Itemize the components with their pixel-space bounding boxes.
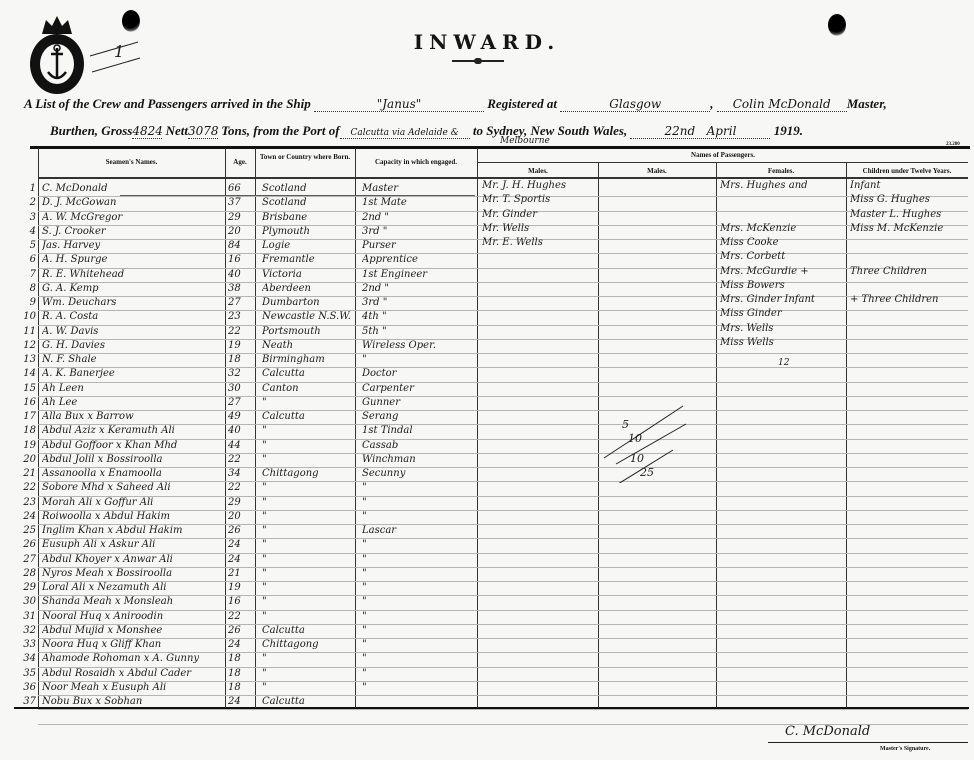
seaman-name: D. J. McGowan — [42, 196, 224, 210]
seaman-name: Noora Huq x Gliff Khan — [42, 638, 224, 652]
from-port-field: Calcutta via Adelaide & — [340, 128, 470, 139]
col-header-children: Children under Twelve Years. — [846, 167, 968, 176]
birthplace: Dumbarton — [262, 296, 354, 310]
row-number: 2 — [4, 196, 36, 210]
birthplace: Calcutta — [262, 367, 354, 381]
birthplace: Chittagong — [262, 638, 354, 652]
birthplace: Portsmouth — [262, 325, 354, 339]
seaman-age: 20 — [228, 510, 254, 524]
row-number: 31 — [4, 610, 36, 624]
capacity: 2nd " — [362, 282, 474, 296]
birthplace: " — [262, 667, 354, 681]
row-number: 26 — [4, 538, 36, 552]
row-number: 35 — [4, 667, 36, 681]
capacity: Winchman — [362, 453, 474, 467]
capacity: 4th " — [362, 310, 474, 324]
seaman-age: 40 — [228, 424, 254, 438]
passenger-female: Miss Cooke — [720, 236, 846, 250]
col-header-males-2: Males. — [598, 167, 716, 176]
seaman-age: 32 — [228, 367, 254, 381]
seaman-name: Eusuph Ali x Askur Ali — [42, 538, 224, 552]
passenger-female: Miss Wells — [720, 336, 846, 350]
seaman-age: 20 — [228, 225, 254, 239]
arrival-year: 1919. — [774, 123, 803, 138]
passenger-female: Mrs. McGurdie + — [720, 265, 846, 279]
capacity: Gunner — [362, 396, 474, 410]
passenger-female — [720, 193, 846, 207]
passenger-female: Mrs. Wells — [720, 322, 846, 336]
row-number: 4 — [4, 225, 36, 239]
passenger-female: Mrs. Corbett — [720, 250, 846, 264]
capacity: Purser — [362, 239, 474, 253]
seaman-age: 21 — [228, 567, 254, 581]
tally-value: 10 — [628, 432, 642, 445]
seaman-age: 26 — [228, 624, 254, 638]
intro-prefix: A List of the Crew and Passengers arrive… — [24, 96, 311, 111]
seaman-age: 38 — [228, 282, 254, 296]
birthplace: " — [262, 610, 354, 624]
seaman-age: 27 — [228, 396, 254, 410]
passenger-female: Mrs. McKenzie — [720, 222, 846, 236]
tally-value: 10 — [630, 452, 644, 465]
seaman-name: Abdul Jolil x Bossiroolla — [42, 453, 224, 467]
seaman-age: 22 — [228, 610, 254, 624]
birthplace: Brisbane — [262, 211, 354, 225]
seaman-name: A. K. Banerjee — [42, 367, 224, 381]
capacity: 3rd " — [362, 225, 474, 239]
passenger-female: Miss Ginder — [720, 307, 846, 321]
seaman-age: 19 — [228, 339, 254, 353]
passenger-male: Mr. J. H. Hughes — [482, 179, 596, 193]
col-header-name: Seamen's Names. — [38, 158, 225, 167]
seaman-name: Abdul Goffoor x Khan Mhd — [42, 439, 224, 453]
birthplace: " — [262, 595, 354, 609]
table-top-rule — [30, 146, 970, 149]
birthplace: " — [262, 481, 354, 495]
capacity: " — [362, 624, 474, 638]
seaman-age: 18 — [228, 681, 254, 695]
seaman-name: A. H. Spurge — [42, 253, 224, 267]
birthplace: " — [262, 681, 354, 695]
row-number: 27 — [4, 553, 36, 567]
seaman-name: N. F. Shale — [42, 353, 224, 367]
col-header-born: Town or Country where Born. — [258, 153, 352, 162]
gross-tons-field: 4824 — [132, 124, 162, 139]
seaman-name: Sobore Mhd x Saheed Ali — [42, 481, 224, 495]
registered-at-field: Glasgow — [560, 97, 710, 112]
capacity: " — [362, 567, 474, 581]
seaman-age: 66 — [228, 182, 254, 196]
seaman-age: 18 — [228, 667, 254, 681]
row-number: 20 — [4, 453, 36, 467]
row-number: 3 — [4, 211, 36, 225]
capacity: " — [362, 638, 474, 652]
passenger-female: Mrs. Hughes and — [720, 179, 846, 193]
birthplace: " — [262, 581, 354, 595]
col-header-males-1: Males. — [478, 167, 598, 176]
burthen-label: Burthen, Gross — [50, 123, 132, 138]
row-number: 19 — [4, 439, 36, 453]
birthplace: Logie — [262, 239, 354, 253]
seaman-name: Ah Leen — [42, 382, 224, 396]
passenger-child: Three Children — [850, 265, 968, 279]
birthplace: Plymouth — [262, 225, 354, 239]
row-number: 8 — [4, 282, 36, 296]
female-total: 12 — [778, 358, 789, 368]
row-number: 37 — [4, 695, 36, 709]
seaman-name: A. W. McGregor — [42, 211, 224, 225]
row-number: 17 — [4, 410, 36, 424]
capacity: 1st Tindal — [362, 424, 474, 438]
to-sydney-label: to Sydney, New South Wales, — [473, 123, 627, 138]
seaman-age: 23 — [228, 310, 254, 324]
intro-line-1: A List of the Crew and Passengers arrive… — [24, 96, 887, 112]
master-label: Master, — [847, 96, 887, 111]
capacity: 2nd " — [362, 211, 474, 225]
page-title: INWARD. — [0, 30, 974, 54]
passenger-female: Miss Bowers — [720, 279, 846, 293]
birthplace: " — [262, 510, 354, 524]
tally-value: 25 — [640, 466, 654, 479]
seaman-age: 16 — [228, 253, 254, 267]
passenger-male: Mr. Wells — [482, 222, 596, 236]
col-divider — [846, 163, 847, 708]
col-header-capacity: Capacity in which engaged. — [355, 158, 477, 167]
capacity: 5th " — [362, 325, 474, 339]
capacity: Wireless Oper. — [362, 339, 474, 353]
capacity: Serang — [362, 410, 474, 424]
capacity: " — [362, 481, 474, 495]
seaman-name: G. A. Kemp — [42, 282, 224, 296]
row-number: 30 — [4, 595, 36, 609]
birthplace: " — [262, 538, 354, 552]
punch-hole-left — [122, 10, 140, 32]
capacity: Doctor — [362, 367, 474, 381]
row-number: 29 — [4, 581, 36, 595]
capacity: " — [362, 538, 474, 552]
arrival-date-field: 22nd April — [630, 124, 770, 139]
row-number: 28 — [4, 567, 36, 581]
master-signature: C. McDonald — [785, 724, 870, 739]
birthplace: Canton — [262, 382, 354, 396]
passenger-child — [850, 250, 968, 264]
seaman-name: Abdul Rosaidh x Abdul Cader — [42, 667, 224, 681]
col-divider — [716, 163, 717, 708]
capacity: Cassab — [362, 439, 474, 453]
birthplace: Birmingham — [262, 353, 354, 367]
capacity — [362, 695, 474, 709]
row-rule — [38, 709, 968, 710]
row-number: 12 — [4, 339, 36, 353]
row-number: 24 — [4, 510, 36, 524]
seaman-name: Jas. Harvey — [42, 239, 224, 253]
birthplace: " — [262, 453, 354, 467]
row-number: 33 — [4, 638, 36, 652]
seaman-name: Ah Lee — [42, 396, 224, 410]
tons-from-label: Tons, from the Port of — [221, 123, 339, 138]
seaman-age: 37 — [228, 196, 254, 210]
red-underline — [120, 195, 475, 196]
passenger-child: Miss G. Hughes — [850, 193, 968, 207]
birthplace: " — [262, 424, 354, 438]
capacity: " — [362, 595, 474, 609]
seaman-age: 29 — [228, 211, 254, 225]
seaman-name: Noor Meah x Eusuph Ali — [42, 681, 224, 695]
capacity: Lascar — [362, 524, 474, 538]
arrival-day: 22nd — [665, 124, 696, 138]
seaman-age: 22 — [228, 325, 254, 339]
birthplace: Chittagong — [262, 467, 354, 481]
birthplace: " — [262, 396, 354, 410]
seaman-age: 30 — [228, 382, 254, 396]
seaman-age: 18 — [228, 353, 254, 367]
anchor-crest-icon — [28, 12, 86, 96]
row-number: 9 — [4, 296, 36, 310]
intro-line-2: Burthen, Gross4824 Nett3078 Tons, from t… — [50, 123, 803, 139]
seaman-age: 84 — [228, 239, 254, 253]
seaman-name: R. A. Costa — [42, 310, 224, 324]
row-number: 22 — [4, 481, 36, 495]
row-number: 18 — [4, 424, 36, 438]
arrival-month: April — [707, 124, 737, 138]
birthplace: " — [262, 439, 354, 453]
col-header-passengers: Names of Passengers. — [478, 151, 968, 160]
passenger-child: Miss M. McKenzie — [850, 222, 968, 236]
nett-tons-field: 3078 — [188, 124, 218, 139]
capacity: " — [362, 610, 474, 624]
birthplace: Calcutta — [262, 624, 354, 638]
signature-label: Master's Signature. — [880, 746, 930, 752]
passenger-female — [720, 208, 846, 222]
capacity: " — [362, 667, 474, 681]
seaman-age: 49 — [228, 410, 254, 424]
row-number: 16 — [4, 396, 36, 410]
capacity: " — [362, 681, 474, 695]
row-number: 34 — [4, 652, 36, 666]
seaman-name: Nooral Huq x Aniroodin — [42, 610, 224, 624]
seaman-name: Wm. Deuchars — [42, 296, 224, 310]
row-number: 10 — [4, 310, 36, 324]
passenger-child: Master L. Hughes — [850, 208, 968, 222]
birthplace: Scotland — [262, 182, 354, 196]
row-number: 23 — [4, 496, 36, 510]
seaman-name: Loral Ali x Nezamuth Ali — [42, 581, 224, 595]
seaman-age: 24 — [228, 553, 254, 567]
birthplace: Aberdeen — [262, 282, 354, 296]
birthplace: " — [262, 524, 354, 538]
row-number: 11 — [4, 325, 36, 339]
passenger-male: Mr. E. Wells — [482, 236, 596, 250]
seaman-age: 16 — [228, 595, 254, 609]
birthplace: Neath — [262, 339, 354, 353]
row-number: 6 — [4, 253, 36, 267]
header-subrule — [478, 162, 968, 163]
seaman-age: 22 — [228, 481, 254, 495]
seaman-name: Alla Bux x Barrow — [42, 410, 224, 424]
registered-label: Registered at — [487, 96, 557, 111]
seaman-name: Inglim Khan x Abdul Hakim — [42, 524, 224, 538]
seaman-age: 24 — [228, 538, 254, 552]
seaman-name: Assanoolla x Enamoolla — [42, 467, 224, 481]
capacity: 3rd " — [362, 296, 474, 310]
from-port-continuation: Melbourne — [500, 136, 550, 146]
seaman-name: Shanda Meah x Monsleah — [42, 595, 224, 609]
passenger-child: Infant — [850, 179, 968, 193]
capacity: " — [362, 553, 474, 567]
capacity: Master — [362, 182, 474, 196]
birthplace: " — [262, 652, 354, 666]
col-header-females: Females. — [716, 167, 846, 176]
capacity: Carpenter — [362, 382, 474, 396]
birthplace: Fremantle — [262, 253, 354, 267]
passenger-female: Mrs. Ginder Infant — [720, 293, 846, 307]
row-number: 21 — [4, 467, 36, 481]
row-number: 36 — [4, 681, 36, 695]
row-number: 7 — [4, 268, 36, 282]
seaman-age: 27 — [228, 296, 254, 310]
seaman-name: Nyros Meah x Bossiroolla — [42, 567, 224, 581]
row-number: 5 — [4, 239, 36, 253]
birthplace: " — [262, 553, 354, 567]
row-number: 1 — [4, 182, 36, 196]
seaman-name: Abdul Mujid x Monshee — [42, 624, 224, 638]
seaman-age: 40 — [228, 268, 254, 282]
seaman-name: Abdul Khoyer x Anwar Ali — [42, 553, 224, 567]
seaman-age: 29 — [228, 496, 254, 510]
birthplace: " — [262, 567, 354, 581]
seaman-age: 34 — [228, 467, 254, 481]
passenger-male: Mr. T. Sportis — [482, 193, 596, 207]
capacity: 1st Engineer — [362, 268, 474, 282]
col-header-age: Age. — [225, 158, 255, 167]
seaman-name: R. E. Whitehead — [42, 268, 224, 282]
passenger-child — [850, 279, 968, 293]
seaman-name: A. W. Davis — [42, 325, 224, 339]
seaman-name: Morah Ali x Goffur Ali — [42, 496, 224, 510]
passenger-male: Mr. Ginder — [482, 208, 596, 222]
capacity: 1st Mate — [362, 196, 474, 210]
row-number: 15 — [4, 382, 36, 396]
row-number: 32 — [4, 624, 36, 638]
capacity: " — [362, 652, 474, 666]
seaman-name: C. McDonald — [42, 182, 224, 196]
seaman-name: Abdul Aziz x Keramuth Ali — [42, 424, 224, 438]
capacity: " — [362, 496, 474, 510]
capacity: " — [362, 353, 474, 367]
seaman-name: G. H. Davies — [42, 339, 224, 353]
birthplace: Newcastle N.S.W. — [262, 310, 354, 324]
seaman-age: 19 — [228, 581, 254, 595]
seaman-age: 22 — [228, 453, 254, 467]
capacity: Secunny — [362, 467, 474, 481]
seaman-name: Roiwoolla x Abdul Hakim — [42, 510, 224, 524]
birthplace: Calcutta — [262, 695, 354, 709]
title-ornament — [452, 60, 504, 62]
row-number: 13 — [4, 353, 36, 367]
birthplace: Calcutta — [262, 410, 354, 424]
passenger-child — [850, 236, 968, 250]
seaman-name: Ahamode Rohoman x A. Gunny — [42, 652, 224, 666]
passenger-child: + Three Children — [850, 293, 968, 307]
seaman-age: 24 — [228, 638, 254, 652]
row-number: 25 — [4, 524, 36, 538]
capacity: " — [362, 510, 474, 524]
row-number: 14 — [4, 367, 36, 381]
capacity: " — [362, 581, 474, 595]
birthplace: Scotland — [262, 196, 354, 210]
seaman-age: 26 — [228, 524, 254, 538]
signature-line — [768, 742, 968, 743]
tally-value: 5 — [622, 418, 629, 431]
birthplace: Victoria — [262, 268, 354, 282]
master-name-field: Colin McDonald — [717, 97, 847, 112]
seaman-age: 44 — [228, 439, 254, 453]
ship-name-field: "Janus" — [314, 97, 484, 112]
nett-label: Nett — [166, 123, 188, 138]
seaman-age: 18 — [228, 652, 254, 666]
seaman-age: 24 — [228, 695, 254, 709]
birthplace: " — [262, 496, 354, 510]
capacity: Apprentice — [362, 253, 474, 267]
seaman-name: Nobu Bux x Sobhan — [42, 695, 224, 709]
seaman-name: S. J. Crooker — [42, 225, 224, 239]
